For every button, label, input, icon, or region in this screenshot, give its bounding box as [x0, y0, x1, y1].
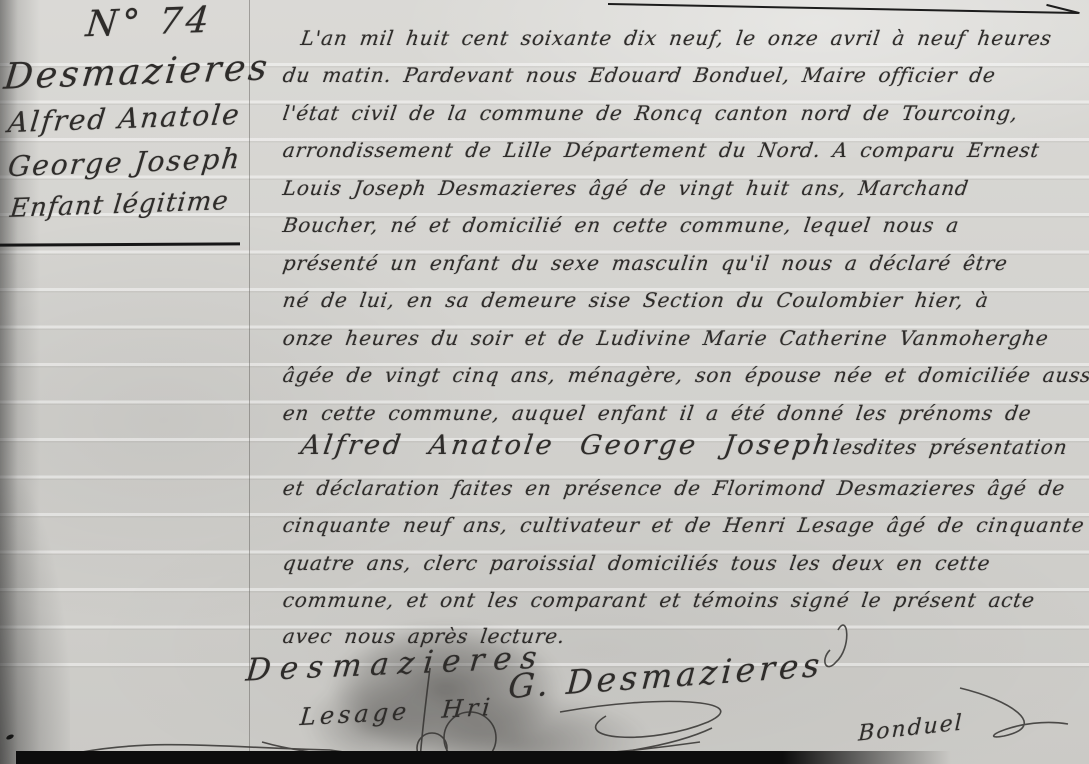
act-body-line: et déclaration faites en présence de Flo…: [283, 470, 1083, 506]
margin-surname: Desmazieres: [3, 47, 270, 97]
act-body-line: en cette commune, auquel enfant il a été…: [283, 395, 1083, 431]
act-body-line-child-names: Alfred Anatole George Joseph lesdites pr…: [283, 428, 1089, 465]
margin-given-names-1: Alfred Anatole: [7, 98, 241, 139]
child-names-suffix: lesdites présentation: [831, 429, 1071, 465]
act-body-line: âgée de vingt cinq ans, ménagère, son ép…: [283, 357, 1083, 393]
margin-legitimacy-note: Enfant légitime: [10, 186, 230, 224]
scanned-register-page: N° 74 Desmazieres Alfred Anatole George …: [0, 0, 1089, 764]
act-body-line: commune, et ont les comparant et témoins…: [283, 582, 1083, 618]
act-body: L'an mil huit cent soixante dix neuf, le…: [255, 0, 1089, 700]
child-given-names: Alfred Anatole George Joseph: [298, 428, 835, 464]
act-body-line: du matin. Pardevant nous Edouard Bonduel…: [283, 57, 1083, 93]
margin-given-names-2: George Joseph: [7, 142, 242, 183]
act-body-line: Louis Joseph Desmazieres âgé de vingt hu…: [283, 170, 1083, 206]
act-body-line: Boucher, né et domicilié en cette commun…: [283, 207, 1083, 243]
act-number: N° 74: [85, 0, 213, 45]
act-body-line: L'an mil huit cent soixante dix neuf, le…: [283, 20, 1089, 56]
margin-closing-line: [0, 242, 240, 246]
act-body-line: présenté un enfant du sexe masculin qu'i…: [283, 245, 1083, 281]
act-body-line: onze heures du soir et de Ludivine Marie…: [283, 320, 1083, 356]
margin-vertical-rule: [249, 0, 250, 752]
act-body-line: né de lui, en sa demeure sise Section du…: [283, 282, 1083, 318]
act-body-line: quatre ans, clerc paroissial domiciliés …: [283, 545, 1083, 581]
act-body-line: l'état civil de la commune de Roncq cant…: [283, 95, 1083, 131]
left-gutter-shadow-bottom: [0, 480, 70, 764]
scan-bottom-black-bar: [16, 751, 951, 764]
act-body-line: arrondissement de Lille Département du N…: [283, 132, 1083, 168]
act-body-line: cinquante neuf ans, cultivateur et de He…: [283, 507, 1083, 543]
signature-bonduel-partial: Bonduel: [857, 711, 965, 747]
